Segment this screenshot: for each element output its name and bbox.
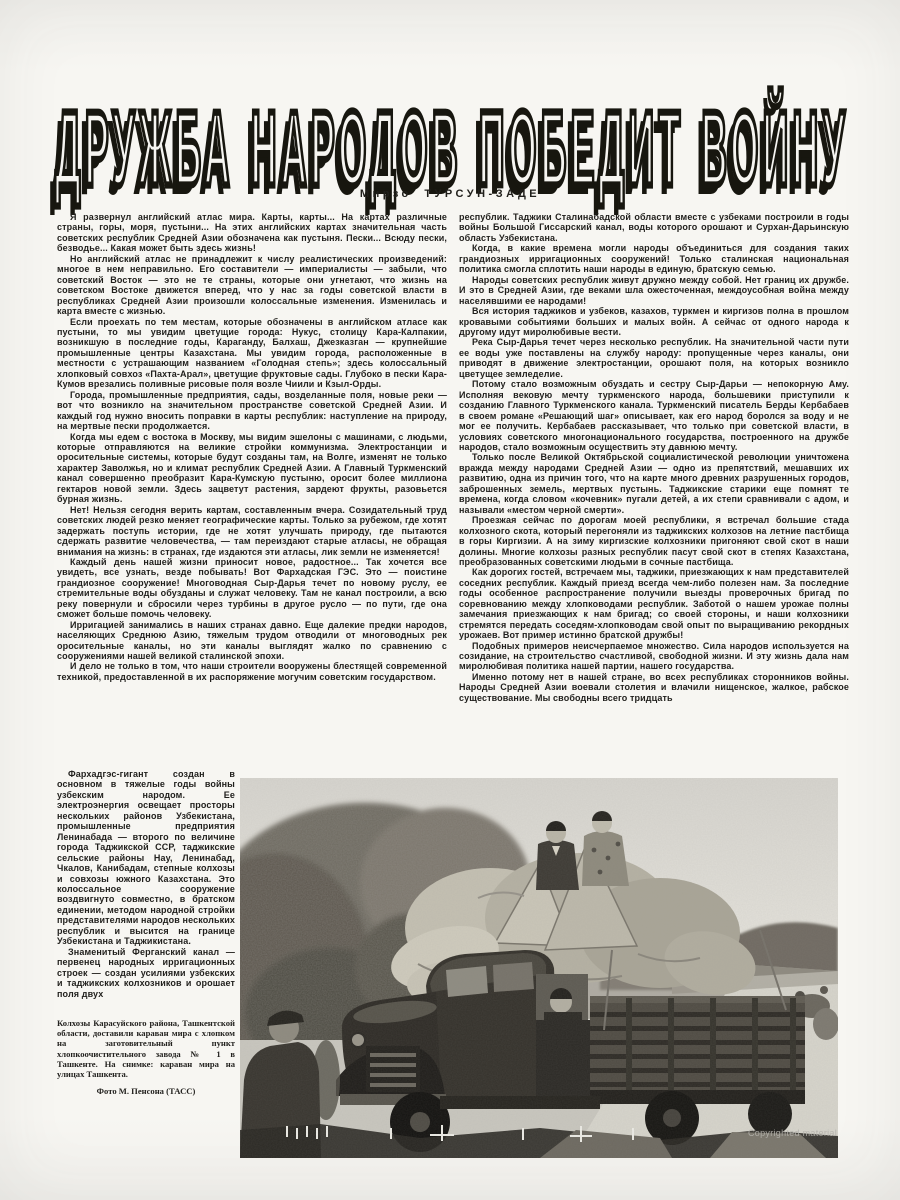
copyright-watermark: Copyrighted material — [748, 1128, 837, 1138]
photo-caption-text: Колхозы Карасуйского района, Ташкентской… — [57, 1018, 235, 1079]
paragraph: Если проехать по тем местам, которые обо… — [57, 317, 447, 390]
byline: Мирзо ТУРСУН-ЗАДЕ — [55, 188, 845, 200]
photo-cotton-caravan: Copyrighted material — [240, 778, 838, 1158]
headline: ДРУЖБА НАРОДОВ ПОБЕДИТ ВОЙНУ — [55, 90, 850, 192]
paragraph: Вся история таджиков и узбеков, казахов,… — [459, 306, 849, 337]
left-column-narrow: Фархадгэс-гигант создан в основном в тяж… — [57, 769, 235, 1015]
paragraph: Я развернул английский атлас мира. Карты… — [57, 212, 447, 254]
photo-caption: Колхозы Карасуйского района, Ташкентской… — [57, 1018, 235, 1096]
article-header: ДРУЖБА НАРОДОВ ПОБЕДИТ ВОЙНУ Мирзо ТУРСУ… — [55, 90, 850, 212]
paragraph: Проезжая сейчас по дорогам моей республи… — [459, 515, 849, 567]
paragraph: республик. Таджики Сталинабадской област… — [459, 212, 849, 243]
paragraph: Когда, в какие времена могли народы объе… — [459, 243, 849, 274]
paragraph: Когда мы едем с востока в Москву, мы вид… — [57, 432, 447, 505]
paragraph: Фархадгэс-гигант создан в основном в тяж… — [57, 769, 235, 947]
paragraph: Нет! Нельзя сегодня верить картам, соста… — [57, 505, 447, 557]
paragraph: Народы советских республик живут дружно … — [459, 275, 849, 306]
headline-text: ДРУЖБА НАРОДОВ ПОБЕДИТ ВОЙНУ — [55, 90, 849, 200]
photo-illustration — [240, 778, 838, 1158]
paragraph: И дело не только в том, что наши строите… — [57, 661, 447, 682]
right-column: республик. Таджики Сталинабадской област… — [459, 212, 849, 774]
paragraph: Ирригацией занимались в наших странах да… — [57, 620, 447, 662]
photo-credit: Фото М. Пенсона (ТАСС) — [57, 1086, 235, 1096]
paragraph: Подобных примеров неисчерпаемое множеств… — [459, 641, 849, 672]
paragraph: Именно потому нет в нашей стране, во все… — [459, 672, 849, 703]
paragraph: Каждый день нашей жизни приносит новое, … — [57, 557, 447, 620]
paragraph: Как дорогих гостей, встречаем мы, таджик… — [459, 567, 849, 640]
paragraph: Города, промышленные предприятия, сады, … — [57, 390, 447, 432]
paragraph: Но английский атлас не принадлежит к чис… — [57, 254, 447, 317]
paragraph: Река Сыр-Дарья течет через несколько рес… — [459, 337, 849, 379]
paragraph: Знаменитый Ферганский канал — первенец н… — [57, 947, 235, 999]
left-column: Я развернул английский атлас мира. Карты… — [57, 212, 447, 770]
magazine-page: ДРУЖБА НАРОДОВ ПОБЕДИТ ВОЙНУ Мирзо ТУРСУ… — [0, 0, 900, 1200]
paragraph: Только после Великой Октябрьской социали… — [459, 452, 849, 515]
paragraph: Потому стало возможным обуздать и сестру… — [459, 379, 849, 452]
